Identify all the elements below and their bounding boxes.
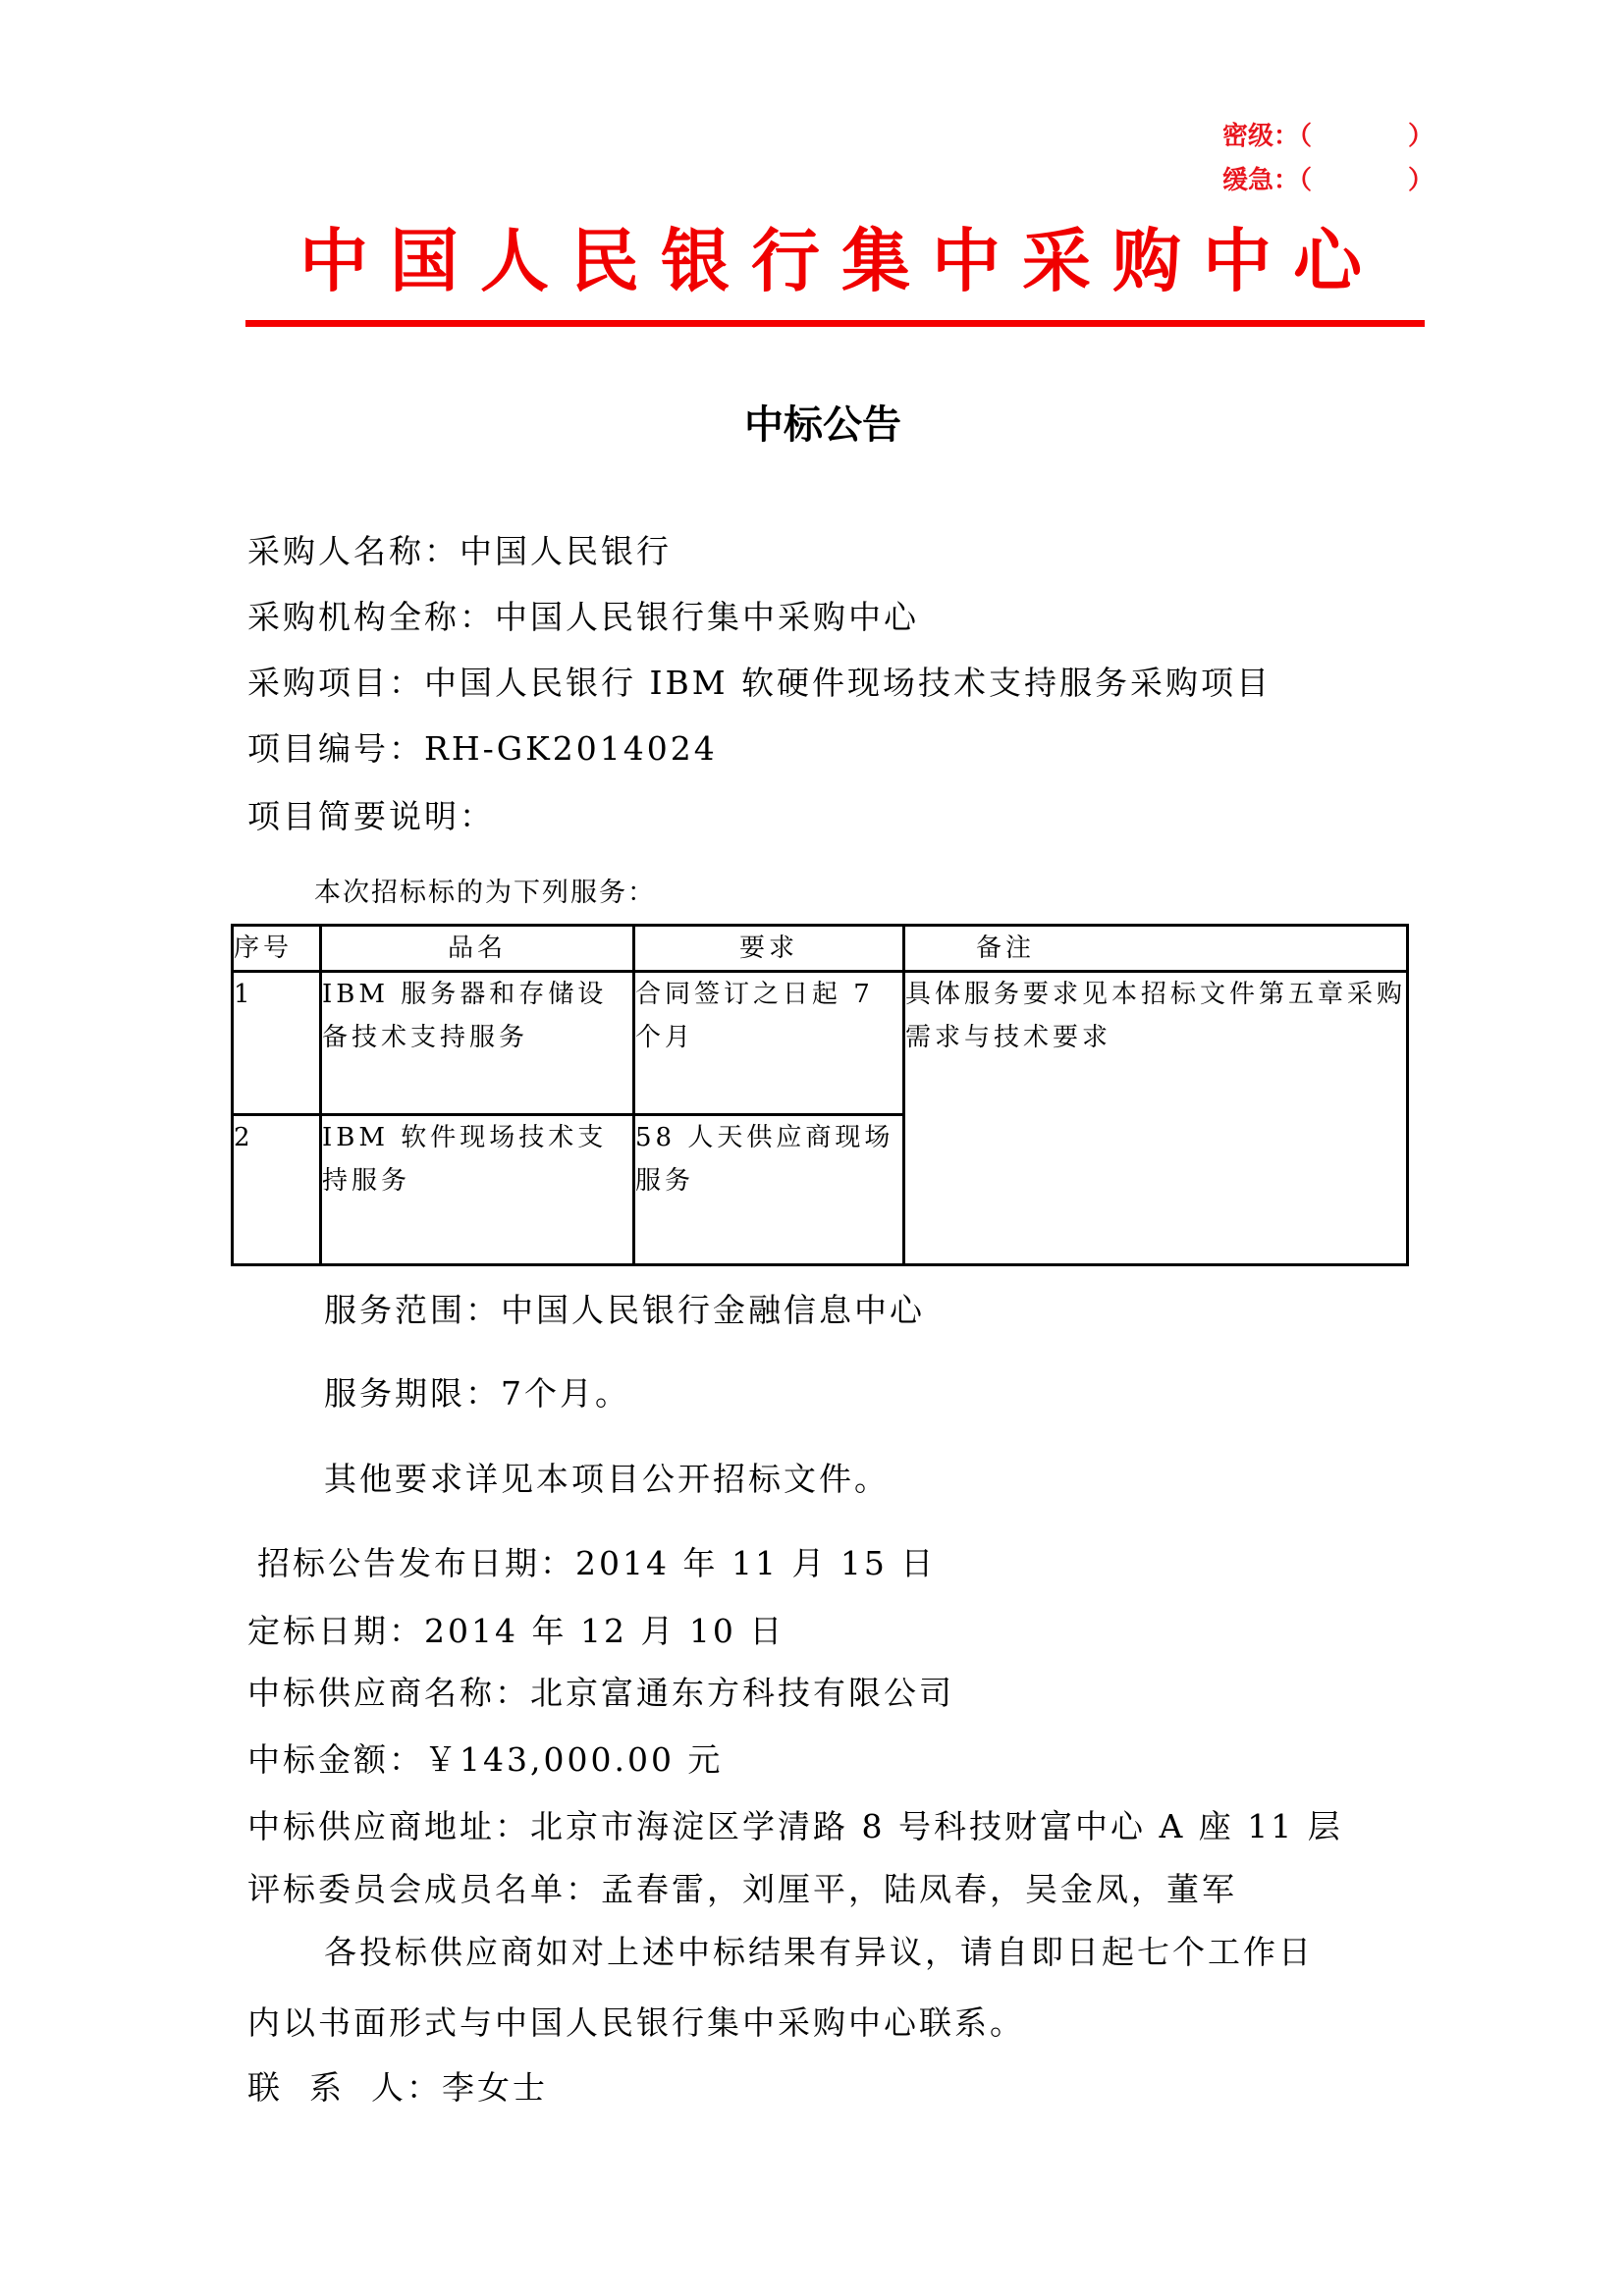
service-scope-line: 服务范围：中国人民银行金融信息中心 (324, 1290, 925, 1331)
urgency-close-paren: ） (1408, 166, 1434, 195)
winner-name-line: 中标供应商名称：北京富通东方科技有限公司 (247, 1673, 954, 1714)
header-remark: 备注 (904, 926, 1408, 972)
objection-line-2: 内以书面形式与中国人民银行集中采购中心联系。 (247, 2002, 1025, 2044)
secret-level-label: 密级： (1222, 122, 1299, 151)
row1-requirement: 合同签订之日起 7 个月 (634, 972, 904, 1115)
other-requirements-line: 其他要求详见本项目公开招标文件。 (324, 1459, 890, 1500)
committee-line: 评标委员会成员名单：孟春雷，刘厘平，陆凤春，吴金凤，董军 (247, 1869, 1237, 1910)
objection-line-1: 各投标供应商如对上述中标结果有异议，请自即日起七个工作日 (324, 1932, 1314, 1973)
header-no: 序号 (233, 926, 321, 972)
service-period-line: 服务期限：7个月。 (324, 1373, 630, 1415)
header-name: 品名 (321, 926, 634, 972)
winner-address-line: 中标供应商地址：北京市海淀区学清路 8 号科技财富中心 A 座 11 层 (247, 1806, 1343, 1847)
table-header-row: 序号 品名 要求 备注 (233, 926, 1408, 972)
secret-level-field: 密级：（） (1222, 116, 1434, 152)
summary-label: 项目简要说明： (247, 796, 495, 837)
row1-name: IBM 服务器和存储设备技术支持服务 (321, 972, 634, 1115)
urgency-label: 缓急： (1222, 166, 1299, 195)
row2-requirement: 58 人天供应商现场服务 (634, 1115, 904, 1265)
intro-text: 本次招标标的为下列服务： (314, 876, 656, 911)
project-number-line: 项目编号：RH-GK2014024 (247, 728, 718, 770)
letterhead-org-title: 中国人民银行集中采购中心 (299, 218, 1383, 304)
contact-line: 联 系 人：李女士 (247, 2067, 548, 2109)
award-date-line: 定标日期：2014 年 12 月 10 日 (247, 1611, 785, 1652)
document-title: 中标公告 (0, 400, 1624, 451)
header-requirement: 要求 (634, 926, 904, 972)
purchaser-line: 采购人名称：中国人民银行 (247, 531, 672, 572)
urgency-field: 缓急：（） (1222, 160, 1434, 196)
row1-no: 1 (233, 972, 321, 1115)
announce-date-line: 招标公告发布日期：2014 年 11 月 15 日 (257, 1543, 936, 1584)
secret-level-open-paren: （ (1299, 122, 1312, 151)
service-items-table: 序号 品名 要求 备注 1 IBM 服务器和存储设备技术支持服务 合同签订之日起… (231, 924, 1409, 1266)
project-line: 采购项目：中国人民银行 IBM 软硬件现场技术支持服务采购项目 (247, 663, 1272, 704)
award-amount-line: 中标金额：￥143,000.00 元 (247, 1739, 723, 1781)
row2-name: IBM 软件现场技术支持服务 (321, 1115, 634, 1265)
table-row: 1 IBM 服务器和存储设备技术支持服务 合同签订之日起 7 个月 具体服务要求… (233, 972, 1408, 1115)
agency-line: 采购机构全称：中国人民银行集中采购中心 (247, 597, 919, 638)
row2-no: 2 (233, 1115, 321, 1265)
letterhead-red-rule (245, 320, 1425, 327)
secret-level-close-paren: ） (1408, 122, 1434, 151)
row1-remark: 具体服务要求见本招标文件第五章采购需求与技术要求 (904, 972, 1408, 1265)
urgency-open-paren: （ (1299, 166, 1312, 195)
